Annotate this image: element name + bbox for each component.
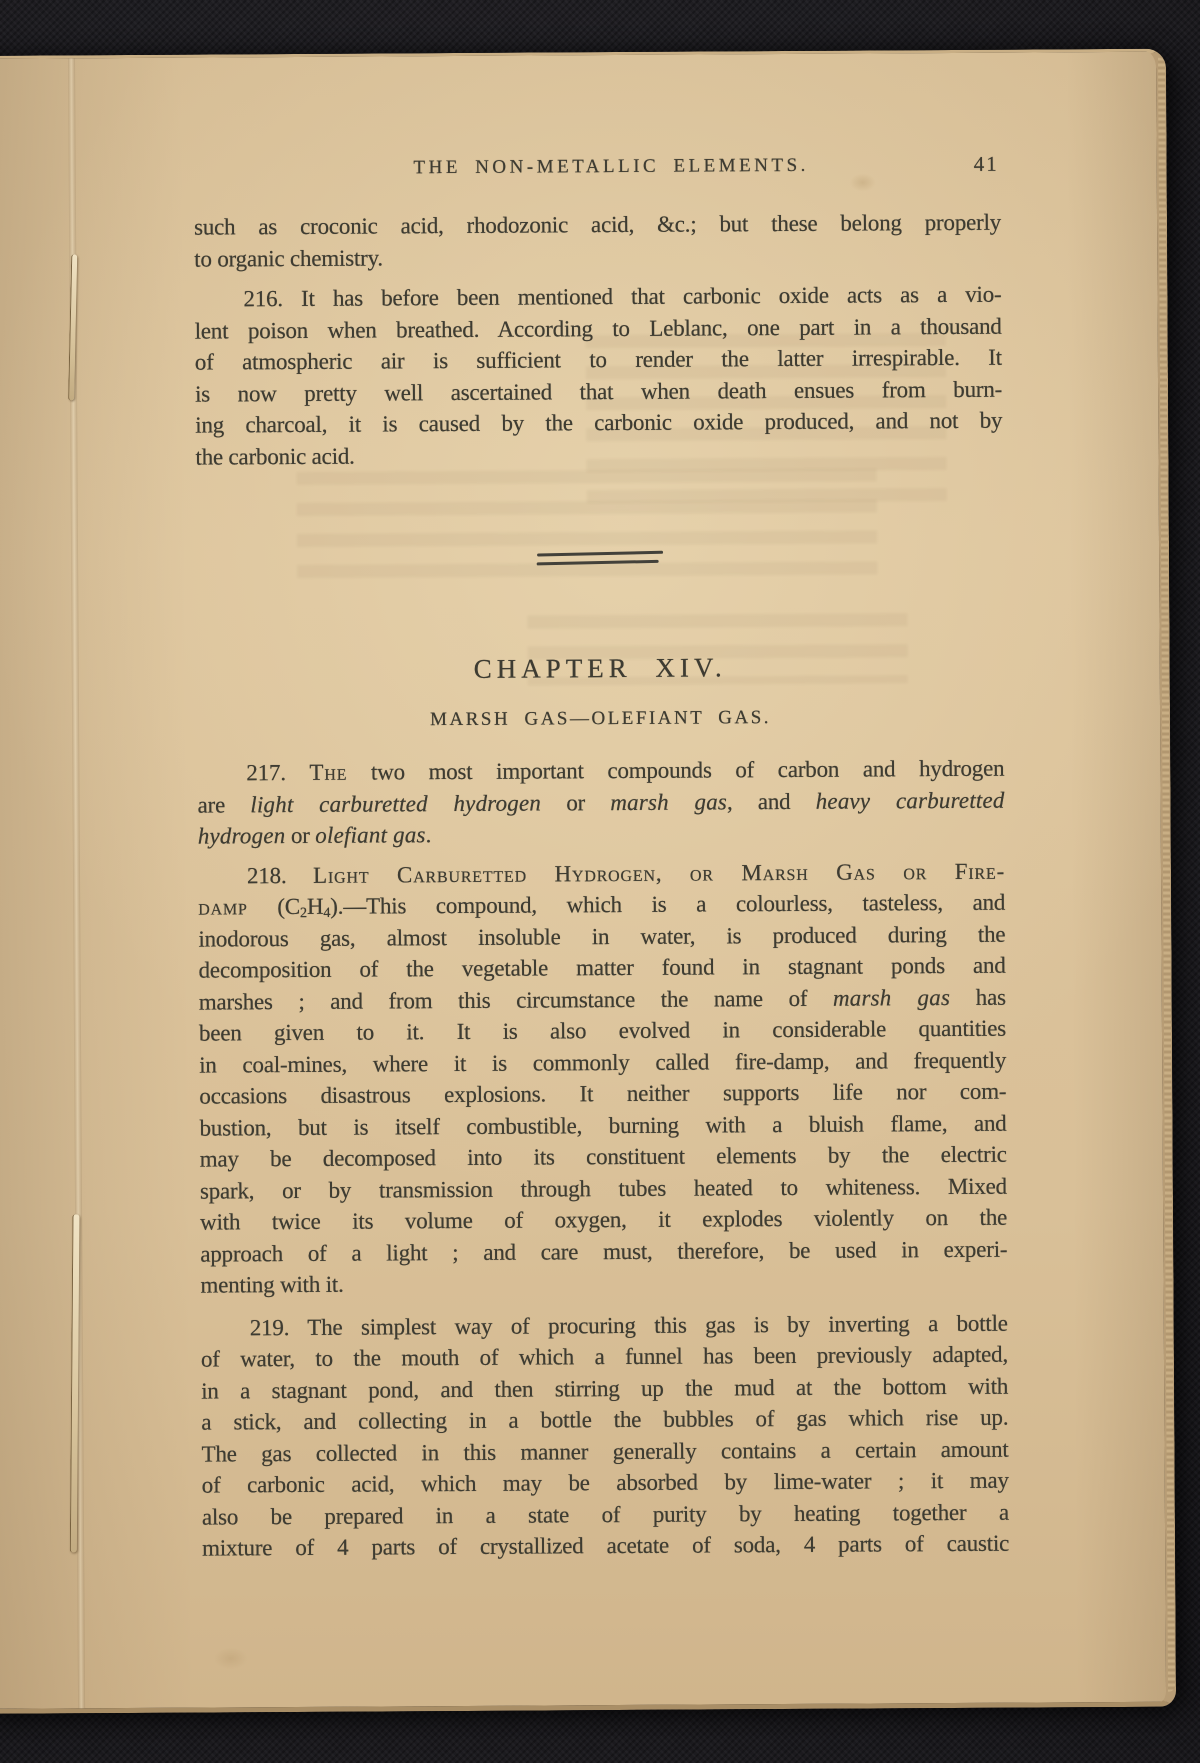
text-line: the carbonic acid. (195, 436, 1002, 472)
text-line: decomposition of the vegetable matter fo… (198, 950, 1005, 986)
text-line: lent poison when breathed. According to … (195, 310, 1002, 346)
text-line: 219. The simplest way of procuring this … (201, 1307, 1008, 1343)
text-line: spark, or by transmission through tubes … (200, 1170, 1007, 1206)
section-divider (196, 550, 1003, 569)
divider-rule-top (537, 551, 663, 556)
text-line: also be prepared in a state of purity by… (202, 1496, 1009, 1532)
text-line: is now pretty well ascertained that when… (195, 373, 1002, 409)
paragraph-219: 219. The simplest way of procuring this … (201, 1307, 1010, 1564)
page-number: 41 (974, 152, 999, 177)
text-line: marshes ; and from this circumstance the… (199, 981, 1006, 1017)
text-line: 216. It has before been mentioned that c… (194, 279, 1001, 315)
text-line: with twice its volume of oxygen, it expl… (200, 1202, 1007, 1238)
text-block: such as croconic acid, rhodozonic acid, … (194, 207, 1009, 1564)
text-line: inodorous gas, almost insoluble in water… (198, 918, 1005, 954)
text-line: of atmospheric air is sufficient to rend… (195, 342, 1002, 378)
text-line: in coal-mines, where it is commonly call… (199, 1044, 1006, 1080)
text-line: mixture of 4 parts of crystallized aceta… (202, 1528, 1009, 1564)
text-line: are light carburetted hydrogen or marsh … (197, 784, 1004, 820)
text-line: ing charcoal, it is caused by the carbon… (195, 405, 1002, 441)
text-line: such as croconic acid, rhodozonic acid, … (194, 207, 1001, 243)
paragraph-217: 217. The two most important compounds of… (197, 753, 1005, 852)
paragraph-216: 216. It has before been mentioned that c… (194, 279, 1002, 473)
text-line: 218. Light Carburetted Hydrogen, or Mars… (198, 855, 1005, 891)
text-line: The gas collected in this manner general… (201, 1433, 1008, 1469)
divider-rule-bottom (536, 560, 658, 565)
text-line: hydrogen or olefiant gas. (198, 816, 1005, 852)
paragraph-218: 218. Light Carburetted Hydrogen, or Mars… (198, 855, 1008, 1301)
text-line: occasions disastrous explosions. It neit… (199, 1076, 1006, 1112)
text-line: menting with it. (200, 1265, 1007, 1301)
page-header: THE NON-METALLIC ELEMENTS. 41 (194, 154, 1001, 189)
chapter-heading: CHAPTER XIV. (197, 650, 1004, 688)
text-line: in a stagnant pond, and then stirring up… (201, 1370, 1008, 1406)
text-line: approach of a light ; and care must, the… (200, 1233, 1007, 1269)
text-line: of water, to the mouth of which a funnel… (201, 1339, 1008, 1375)
running-title: THE NON-METALLIC ELEMENTS. (208, 154, 1015, 181)
chapter-subtitle: MARSH GAS—OLEFIANT GAS. (197, 704, 1004, 734)
text-line: been given to it. It is also evolved in … (199, 1013, 1006, 1049)
book-page: THE NON-METALLIC ELEMENTS. 41 such as cr… (0, 49, 1176, 1714)
text-line: damp (C2H4).—This compound, which is a c… (198, 887, 1005, 923)
paragraph-215-continuation: such as croconic acid, rhodozonic acid, … (194, 207, 1001, 275)
text-line: may be decomposed into its constituent e… (200, 1139, 1007, 1175)
foxing-spot (214, 1647, 248, 1669)
text-line: bustion, but is itself combustible, burn… (199, 1107, 1006, 1143)
text-line: to organic chemistry. (194, 238, 1001, 274)
text-line: a stick, and collecting in a bottle the … (201, 1402, 1008, 1438)
text-line: 217. The two most important compounds of… (197, 753, 1004, 789)
text-line: of carbonic acid, which may be absorbed … (202, 1465, 1009, 1501)
